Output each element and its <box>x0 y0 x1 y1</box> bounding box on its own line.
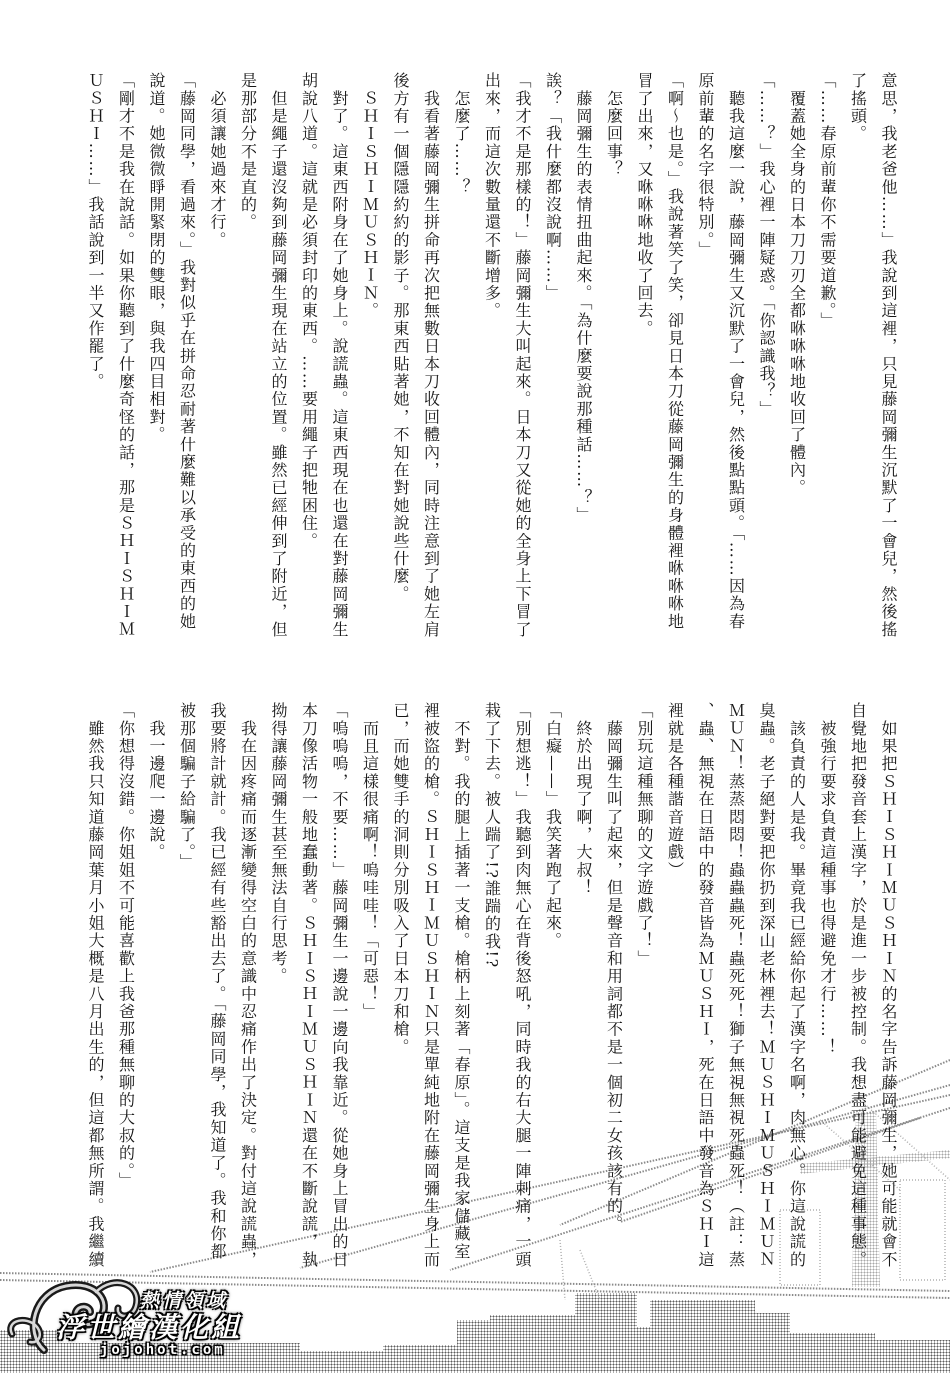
text-column: 怎麼了……？ <box>446 72 477 644</box>
text-column: 後方有一個隱隱約約的影子。那東西貼著她，不知在對她說些什麼。 <box>385 72 416 644</box>
text-column: 原前輩的名字很特別。」 <box>690 72 721 644</box>
text-column: 「……春原前輩你不需要道歉。」 <box>812 72 843 644</box>
text-section-top: 意思，我老爸他……」我說到這裡，只見藤岡彌生沉默了一會兒，然後搖 了搖頭。 「…… <box>80 72 904 644</box>
watermark-url: jojohot.com <box>100 1342 226 1358</box>
text-column: 出來，而這次數量還不斷增多。 <box>476 72 507 644</box>
text-column: 對了。這東西附身在了她身上。說謊蟲。這東西現在也還在對藤岡彌生 <box>324 72 355 644</box>
novel-page: 意思，我老爸他……」我說到這裡，只見藤岡彌生沉默了一會兒，然後搖 了搖頭。 「…… <box>0 0 950 1373</box>
text-column: 「我才不是那樣的！」藤岡彌生大叫起來。日本刀又從她的全身上下冒了 <box>507 72 538 644</box>
text-column: 我看著藤岡彌生拼命再次把無數日本刀收回體內，同時注意到了她左肩 <box>415 72 446 644</box>
text-column: 誒？「我什麼都沒說啊……」 <box>537 72 568 644</box>
text-column: 覆蓋她全身的日本刀刀刃全都咻咻咻地收回了體內。 <box>781 72 812 644</box>
text-column: 「你想得沒錯。你姐姐不可能喜歡上我爸那種無聊的大叔的。」 <box>110 702 141 1274</box>
text-column: ＳＨＩＳＨＩＭＵＳＨＩＮ。 <box>354 72 385 644</box>
text-column: 、蟲、無視在日語中的發音皆為ＭＵＳＨＩ，死在日語中發音為ＳＨＩ這 <box>690 702 721 1274</box>
text-column: 「剛才不是我在說話。如果你聽到了什麼奇怪的話，那是ＳＨＩＳＨＩＭ <box>110 72 141 644</box>
text-column: 藤岡彌生叫了起來，但是聲音和用詞都不是一個初二女孩該有的。 <box>598 702 629 1274</box>
text-column: 本刀像活物一般地蠢動著。ＳＨＩＳＨＩＭＵＳＨＩＮ還在不斷說謊，執 <box>293 702 324 1274</box>
text-column: 「嗚嗚嗚，不要……」藤岡彌生一邊說一邊向我靠近。從她身上冒出的日 <box>324 702 355 1274</box>
text-column: 被那個騙子給騙了。」 <box>171 702 202 1274</box>
text-column: 聽我這麼一說，藤岡彌生又沉默了一會兒，然後點點頭。「……因為春 <box>720 72 751 644</box>
text-section-bottom: 如果把ＳＨＩＳＨＩＭＵＳＨＩＮ的名字告訴藤岡彌生，她可能就會不 自覺地把發音套上… <box>80 702 904 1274</box>
text-column: 藤岡彌生的表情扭曲起來。「為什麼要說那種話……？」 <box>568 72 599 644</box>
text-column: ＭＵＮ！蒸蒸悶悶！蟲蟲蟲死！蟲死死！獅子無視無視死蟲死！（註：蒸 <box>720 702 751 1274</box>
text-column: 我在因疼痛而逐漸變得空白的意識中忍痛作出了決定。對付這說謊蟲， <box>232 702 263 1274</box>
text-column: 如果把ＳＨＩＳＨＩＭＵＳＨＩＮ的名字告訴藤岡彌生，她可能就會不 <box>873 702 904 1274</box>
text-column: 不對。我的腿上插著一支槍。槍柄上刻著「春原」。這支是我家儲藏室 <box>446 702 477 1274</box>
text-column: 「別玩這種無聊的文字遊戲了！」 <box>629 702 660 1274</box>
text-column: 「啊～也是。」我說著笑了笑，卻見日本刀從藤岡彌生的身體裡咻咻咻地 <box>659 72 690 644</box>
text-column: 冒了出來，又咻咻咻地收了回去。 <box>629 72 660 644</box>
text-column: 被強行要求負責這種事也得避免才行……！ <box>812 702 843 1274</box>
text-column: 我要將計就計。我已經有些豁出去了。「藤岡同學，我知道了。我和你都 <box>202 702 233 1274</box>
text-column: 自覺地把發音套上漢字，於是進一步被控制。我想盡可能避免這種事態。 <box>842 702 873 1274</box>
text-column: 必須讓她過來才行。 <box>202 72 233 644</box>
text-column: 我一邊爬一邊說。 <box>141 702 172 1274</box>
text-column: 拗得讓藤岡彌生甚至無法自行思考。 <box>263 702 294 1274</box>
text-column: 怎麼回事？ <box>598 72 629 644</box>
text-column: 是那部分不是直的。 <box>232 72 263 644</box>
watermark-title: 浮世繪漢化組 <box>56 1306 242 1346</box>
text-column: 終於出現了啊，大叔！ <box>568 702 599 1274</box>
text-column: 胡說八道。這就是必須封印的東西。……要用繩子把牠困住。 <box>293 72 324 644</box>
text-column: 了搖頭。 <box>842 72 873 644</box>
text-column: 裡就是各種諧音遊戲） <box>659 702 690 1274</box>
text-column: 意思，我老爸他……」我說到這裡，只見藤岡彌生沉默了一會兒，然後搖 <box>873 72 904 644</box>
text-column: 「藤岡同學，看過來。」我對似乎在拼命忍耐著什麼難以承受的東西的她 <box>171 72 202 644</box>
sketch-building <box>900 1180 945 1280</box>
text-column: 雖然我只知道藤岡葉月小姐大概是八月出生的，但這都無所謂。我繼續 <box>80 702 111 1274</box>
text-column: 「……？」我心裡一陣疑惑。「你認識我？」 <box>751 72 782 644</box>
text-column: 「白癡——」我笑著跑了起來。 <box>537 702 568 1274</box>
scanlation-watermark: 熱情領域 浮世繪漢化組 jojohot.com <box>0 1268 260 1373</box>
text-column: 臭蟲。老子絕對要把你扔到深山老林裡去！ＭＵＳＨＩＭＵＳＨＩＭＵＮ <box>751 702 782 1274</box>
text-column: ＵＳＨＩ……」我話說到一半又作罷了。 <box>80 72 111 644</box>
text-column: 但是繩子還沒夠到藤岡彌生現在站立的位置。雖然已經伸到了附近，但 <box>263 72 294 644</box>
text-column: 說道。她微微睜開緊閉的雙眼，與我四目相對。 <box>141 72 172 644</box>
text-column: 栽了下去。被人踹了!?誰踹的我!? <box>476 702 507 1274</box>
text-column: 裡被盜的槍。ＳＨＩＳＨＩＭＵＳＨＩＮ只是單純地附在藤岡彌生身上而 <box>415 702 446 1274</box>
text-column: 「別想逃！」我聽到肉無心在背後怒吼，同時我的右大腿一陣刺痛，一頭 <box>507 702 538 1274</box>
text-column: 而且這樣很痛啊！嗚哇哇！「可惡！」 <box>354 702 385 1274</box>
text-column: 該負責的人是我。畢竟我已經給你起了漢字名啊，肉無心。你這說謊的 <box>781 702 812 1274</box>
text-column: 已，而她雙手的洞則分別吸入了日本刀和槍。 <box>385 702 416 1274</box>
